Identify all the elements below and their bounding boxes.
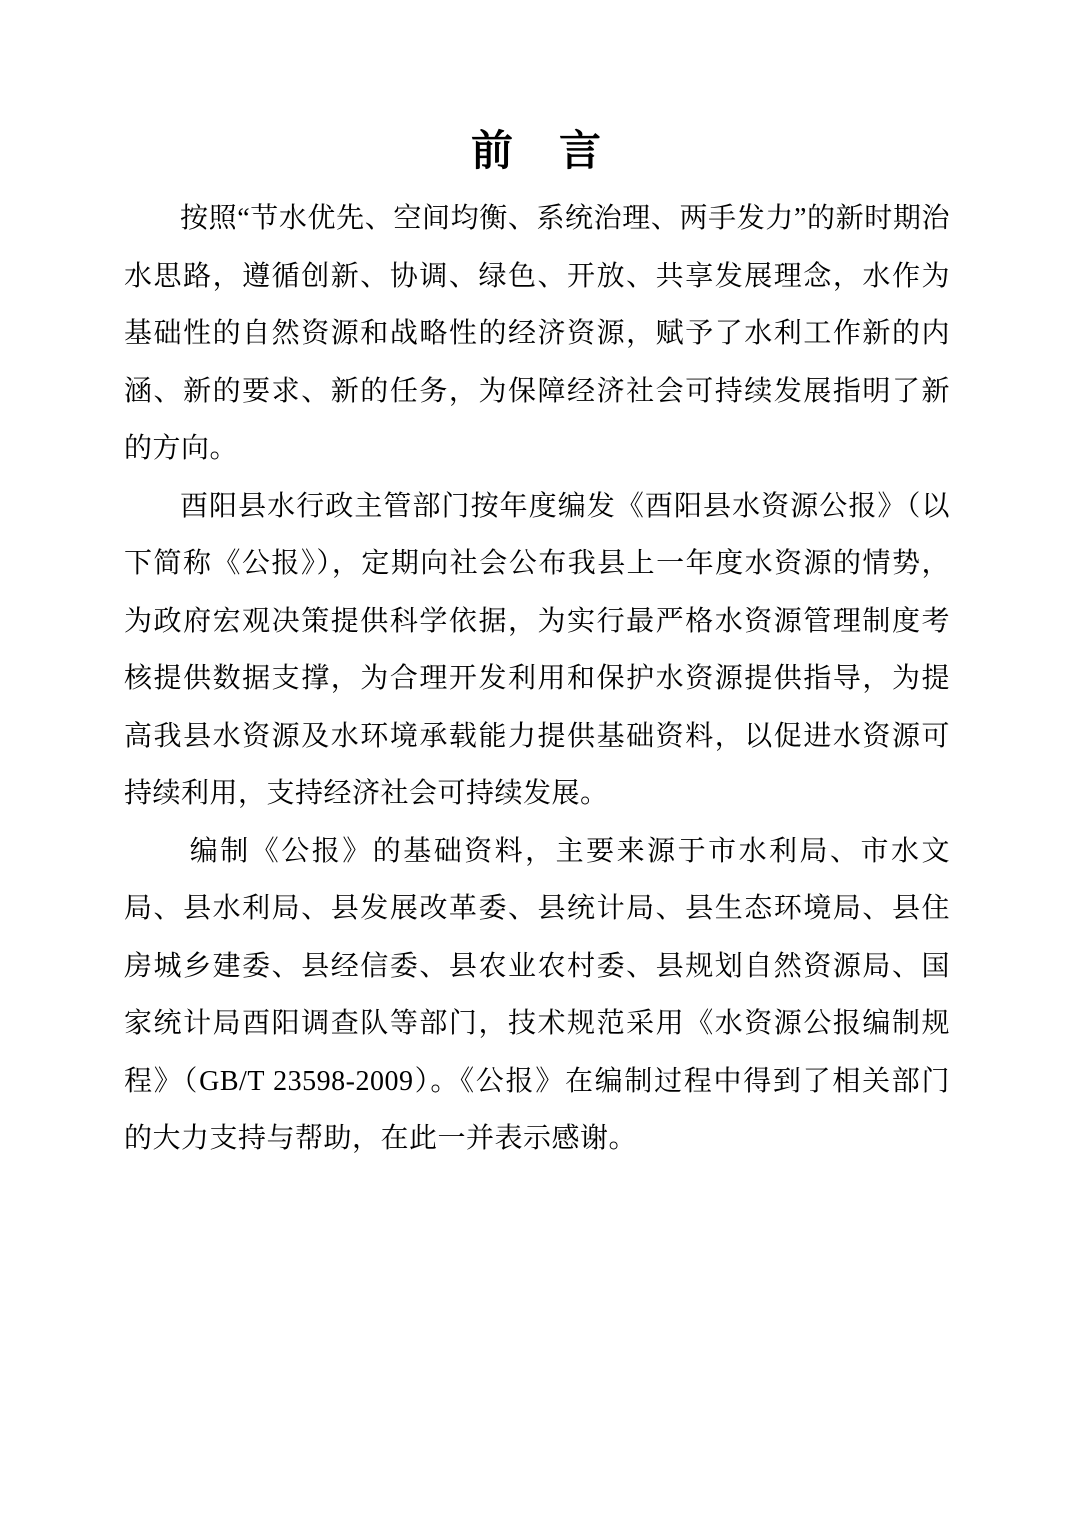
document-page: 前 言 按照“节水优先、空间均衡、系统治理、两手发力”的新时期治水思路，遵循创新…	[0, 0, 1074, 1520]
paragraph-bulletin-purpose: 酉阳县水行政主管部门按年度编发《酉阳县水资源公报》（以下简称《公报》），定期向社…	[124, 478, 950, 823]
page-title: 前 言	[124, 124, 950, 180]
paragraph-data-sources-acknowledgement: 编制《公报》的基础资料，主要来源于市水利局、市水文局、县水利局、县发展改革委、县…	[124, 823, 950, 1168]
paragraph-treatment-philosophy: 按照“节水优先、空间均衡、系统治理、两手发力”的新时期治水思路，遵循创新、协调、…	[124, 190, 950, 478]
